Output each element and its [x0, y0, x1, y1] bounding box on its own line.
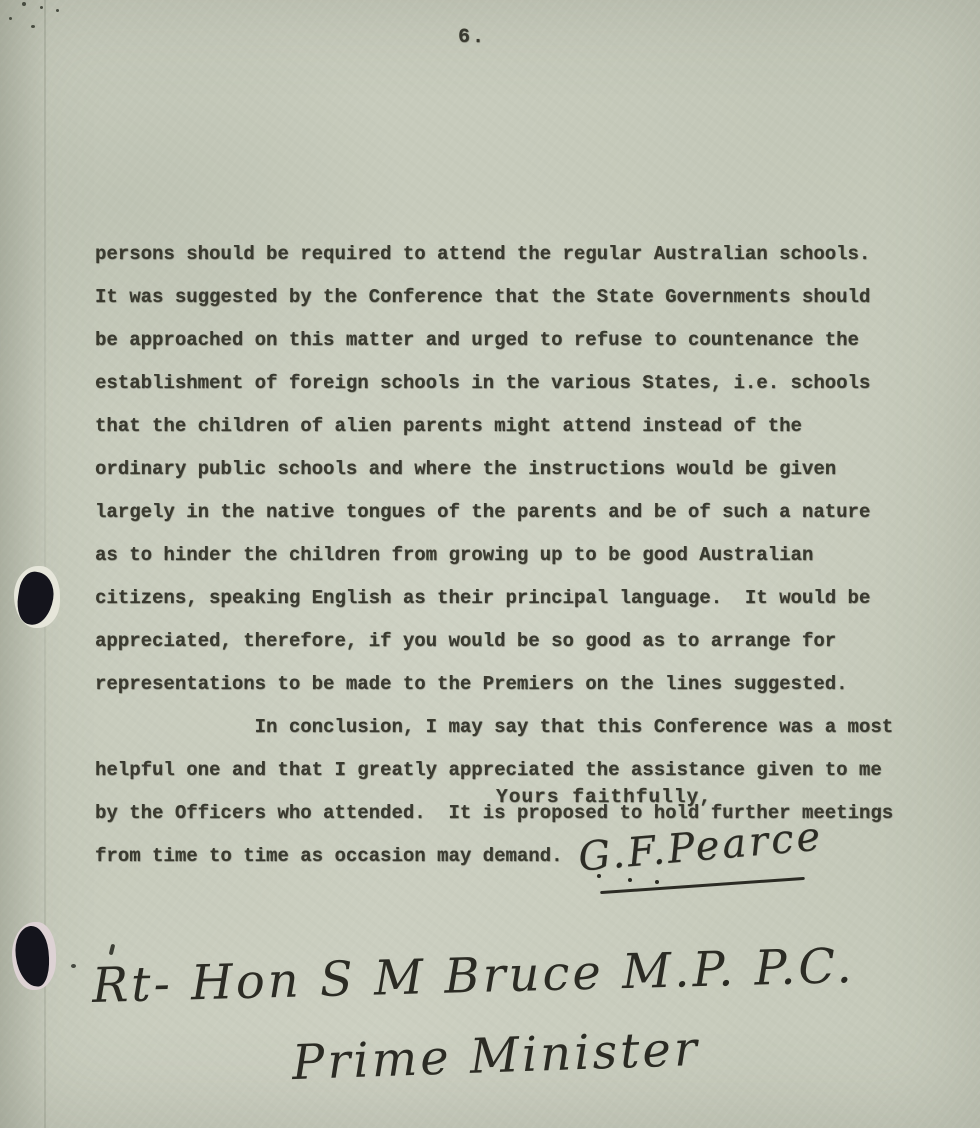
signature-dot — [655, 880, 659, 884]
signature-dot — [628, 878, 632, 882]
letter-page: 6. persons should be required to attend … — [0, 0, 980, 1128]
typed-line: be approached on this matter and urged t… — [95, 319, 945, 362]
typed-line: representations to be made to the Premie… — [95, 663, 945, 706]
torn-binder-hole-top — [10, 562, 62, 634]
typed-line: persons should be required to attend the… — [95, 233, 945, 276]
recipient-name-handwritten: Rt- Hon S M Bruce M.P. P.C. — [91, 938, 855, 1014]
typed-line: ordinary public schools and where the in… — [95, 448, 945, 491]
ink-dot — [71, 964, 76, 968]
letter-body: persons should be required to attend the… — [95, 104, 945, 878]
page-number: 6. — [458, 26, 486, 49]
typed-line: largely in the native tongues of the par… — [95, 491, 945, 534]
typed-line: as to hinder the children from growing u… — [95, 534, 945, 577]
typed-line: citizens, speaking English as their prin… — [95, 577, 945, 620]
typed-line: appreciated, therefore, if you would be … — [95, 620, 945, 663]
torn-binder-hole-bottom — [8, 916, 58, 996]
typed-line: In conclusion, I may say that this Confe… — [95, 706, 945, 749]
typed-line: establishment of foreign schools in the … — [95, 362, 945, 405]
paper-speck — [9, 17, 12, 20]
typed-line: that the children of alien parents might… — [95, 405, 945, 448]
closing-salutation: Yours faithfully, — [496, 786, 712, 808]
paper-speck — [40, 6, 43, 9]
recipient-title-handwritten: Prime Minister — [291, 1021, 701, 1091]
paper-speck — [22, 2, 26, 6]
signature-dot — [597, 874, 601, 878]
typed-line: It was suggested by the Conference that … — [95, 276, 945, 319]
paper-speck — [31, 25, 35, 28]
paper-speck — [56, 9, 59, 12]
ink-tick-mark — [109, 944, 116, 956]
